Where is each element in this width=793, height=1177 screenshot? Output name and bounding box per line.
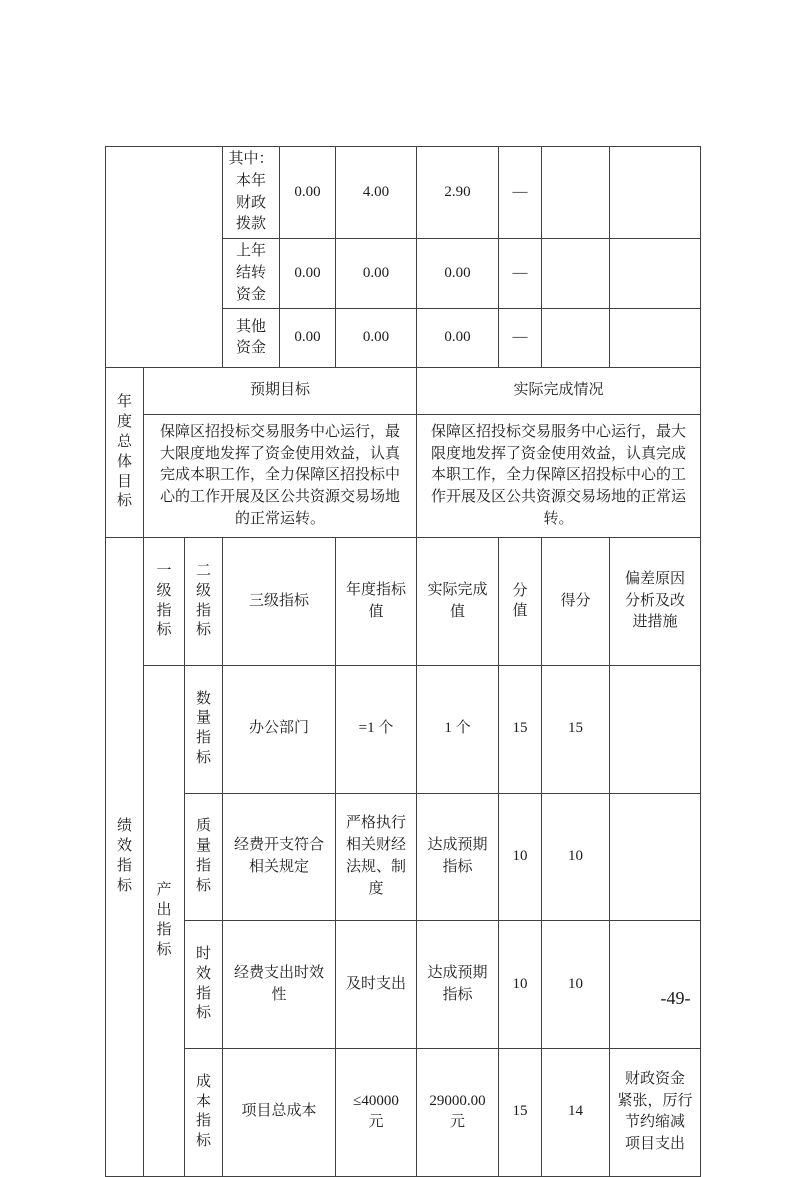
score-cell: 15 bbox=[542, 665, 610, 793]
deviation-cell bbox=[610, 665, 701, 793]
funding-empty-cell bbox=[542, 239, 610, 309]
level2-indicator-header: 二级指标 bbox=[185, 538, 223, 666]
score-cell: 14 bbox=[542, 1049, 610, 1177]
level2-label: 质量指标 bbox=[185, 793, 223, 921]
actual-completion-header: 实际完成情况 bbox=[417, 368, 701, 415]
funding-value-cell: 0.00 bbox=[280, 147, 336, 239]
level3-indicator-cell: 办公部门 bbox=[223, 665, 336, 793]
performance-vertical-label: 绩效指标 bbox=[116, 817, 133, 896]
level3-indicator-cell: 项目总成本 bbox=[223, 1049, 336, 1177]
funding-empty-cell bbox=[610, 239, 701, 309]
funding-empty-cell bbox=[542, 147, 610, 239]
annual-goal-row-label: 年度总体目标 bbox=[106, 368, 144, 538]
score-header: 得分 bbox=[542, 538, 610, 666]
funding-value-cell: — bbox=[499, 309, 542, 368]
funding-empty-cell bbox=[610, 309, 701, 368]
level2-label: 数量指标 bbox=[185, 665, 223, 793]
funding-value-cell: 0.00 bbox=[280, 309, 336, 368]
level3-indicator-cell: 经费支出时效 性 bbox=[223, 921, 336, 1049]
funding-value-cell: — bbox=[499, 239, 542, 309]
level3-indicator-cell: 经费开支符合 相关规定 bbox=[223, 793, 336, 921]
actual-value-cell: 达成预期 指标 bbox=[417, 921, 499, 1049]
points-header: 分值 bbox=[499, 538, 542, 666]
funding-row-label: 其他 资金 bbox=[223, 309, 280, 368]
expected-goal-text: 保障区招投标交易服务中心运行，最 大限度地发挥了资金使用效益，认真 完成本职工作… bbox=[144, 415, 417, 538]
funding-value-cell: 0.00 bbox=[417, 239, 499, 309]
actual-value-cell: 29000.00 元 bbox=[417, 1049, 499, 1177]
document-page: { "funding": { "rows": [ { "label": "其中：… bbox=[0, 0, 793, 1122]
actual-value-header: 实际完成 值 bbox=[417, 538, 499, 666]
deviation-cell bbox=[610, 921, 701, 1049]
funding-left-blank-cell bbox=[106, 147, 223, 368]
deviation-cell bbox=[610, 793, 701, 921]
annual-goal-vertical-label: 年度总体目标 bbox=[116, 393, 133, 512]
indicator-row-quality: 质量指标 经费开支符合 相关规定 严格执行 相关财经 法规、制 度 达成预期 指… bbox=[106, 793, 701, 921]
annual-target-header: 年度指标 值 bbox=[336, 538, 417, 666]
funding-empty-cell bbox=[610, 147, 701, 239]
actual-completion-text: 保障区招投标交易服务中心运行，最大 限度地发挥了资金使用效益，认真完成 本职工作… bbox=[417, 415, 701, 538]
funding-empty-cell bbox=[542, 309, 610, 368]
indicator-row-quantity: 产出指标 数量指标 办公部门 =1 个 1 个 15 15 bbox=[106, 665, 701, 793]
page-number: -49- bbox=[628, 988, 723, 1009]
funding-row-label: 其中： 本年 财政 拨款 bbox=[223, 147, 280, 239]
level2-label: 时效指标 bbox=[185, 921, 223, 1049]
level2-label: 成本指标 bbox=[185, 1049, 223, 1177]
level1-indicator-header: 一级指标 bbox=[144, 538, 185, 666]
annual-target-cell: 严格执行 相关财经 法规、制 度 bbox=[336, 793, 417, 921]
funding-value-cell: 0.00 bbox=[336, 309, 417, 368]
annual-goal-header-row: 年度总体目标 预期目标 实际完成情况 bbox=[106, 368, 701, 415]
performance-header-row: 绩效指标 一级指标 二级指标 三级指标 年度指标 值 实际完成 值 分值 得分 … bbox=[106, 538, 701, 666]
annual-goal-content-row: 保障区招投标交易服务中心运行，最 大限度地发挥了资金使用效益，认真 完成本职工作… bbox=[106, 415, 701, 538]
points-cell: 10 bbox=[499, 921, 542, 1049]
funding-value-cell: 0.00 bbox=[336, 239, 417, 309]
funding-value-cell: 4.00 bbox=[336, 147, 417, 239]
indicator-row-timeliness: 时效指标 经费支出时效 性 及时支出 达成预期 指标 10 10 bbox=[106, 921, 701, 1049]
deviation-header: 偏差原因 分析及改 进措施 bbox=[610, 538, 701, 666]
annual-target-cell: =1 个 bbox=[336, 665, 417, 793]
deviation-cell: 财政资金 紧张，厉行 节约缩减 项目支出 bbox=[610, 1049, 701, 1177]
funding-row-current-year: 其中： 本年 财政 拨款 0.00 4.00 2.90 — bbox=[106, 147, 701, 239]
funding-row-label: 上年 结转 资金 bbox=[223, 239, 280, 309]
score-cell: 10 bbox=[542, 793, 610, 921]
points-cell: 10 bbox=[499, 793, 542, 921]
level1-output-label: 产出指标 bbox=[144, 665, 185, 1176]
expected-goal-header: 预期目标 bbox=[144, 368, 417, 415]
funding-value-cell: — bbox=[499, 147, 542, 239]
actual-value-cell: 达成预期 指标 bbox=[417, 793, 499, 921]
actual-value-cell: 1 个 bbox=[417, 665, 499, 793]
annual-target-cell: 及时支出 bbox=[336, 921, 417, 1049]
performance-evaluation-table: 其中： 本年 财政 拨款 0.00 4.00 2.90 — 上年 结转 资金 0… bbox=[105, 146, 701, 1177]
funding-value-cell: 0.00 bbox=[280, 239, 336, 309]
level3-indicator-header: 三级指标 bbox=[223, 538, 336, 666]
performance-row-label: 绩效指标 bbox=[106, 538, 144, 1176]
funding-value-cell: 0.00 bbox=[417, 309, 499, 368]
annual-target-cell: ≤40000 元 bbox=[336, 1049, 417, 1177]
points-cell: 15 bbox=[499, 665, 542, 793]
score-cell: 10 bbox=[542, 921, 610, 1049]
indicator-row-cost: 成本指标 项目总成本 ≤40000 元 29000.00 元 15 14 财政资… bbox=[106, 1049, 701, 1177]
points-cell: 15 bbox=[499, 1049, 542, 1177]
funding-value-cell: 2.90 bbox=[417, 147, 499, 239]
